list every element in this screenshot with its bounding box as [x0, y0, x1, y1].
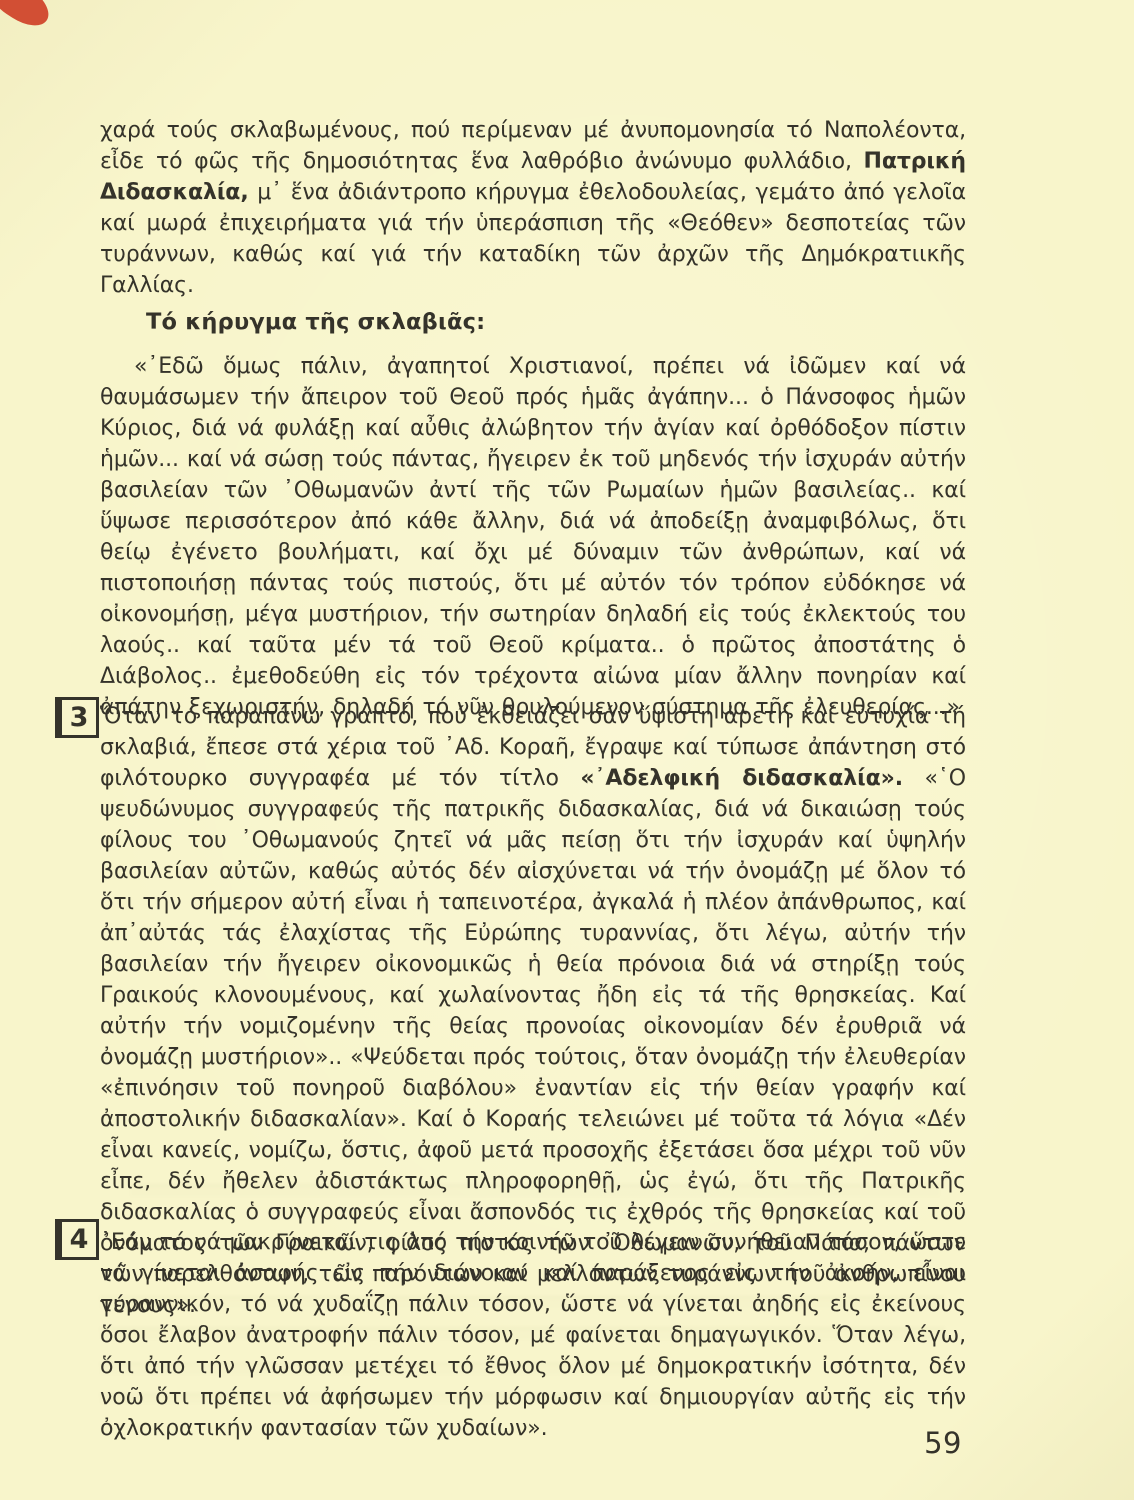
- page-number: 59: [898, 1426, 962, 1460]
- book-page: χαρά τούς σκλαβωμένους, πού περίμεναν μέ…: [0, 0, 1134, 1500]
- section-heading: Τό κήρυγμα τῆς σκλαβιᾶς:: [146, 309, 485, 335]
- section-number-label-3: 3: [70, 702, 89, 733]
- paragraph-intro: χαρά τούς σκλαβωμένους, πού περίμεναν μέ…: [100, 115, 966, 301]
- section-number-box-4: 4: [55, 1219, 99, 1260]
- red-corner-mark-icon: [0, 0, 56, 34]
- paragraph-section-4: ᾿Εάν τό νά μακρύνεταί τις ἀπό τήν κοινήν…: [100, 1227, 966, 1444]
- section-number-label-4: 4: [70, 1224, 89, 1255]
- paragraph-quote: «᾿Εδῶ ὅμως πάλιν, ἀγαπητοί Χριστιανοί, π…: [100, 351, 966, 723]
- section-number-box-3: 3: [55, 697, 99, 738]
